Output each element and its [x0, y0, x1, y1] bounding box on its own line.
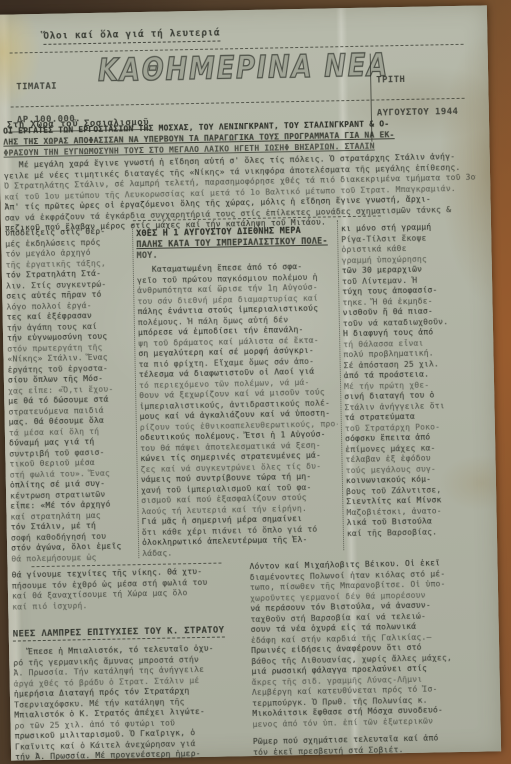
columns-section: ὑποδείξεις στίς θερ-μές ἐκδηλώσεις πρόςτ…	[5, 218, 483, 565]
bottom-left: θά γίνουμε τεχνίτες τῆς νίκης. Θά χτυ-πή…	[11, 562, 251, 763]
masthead-slogan: Ὅλοι καί ὅλα γιά τή λευτεριά	[43, 27, 220, 44]
newspaper-page: Ὅλοι καί ὅλα γιά τή λευτεριά ΤΙΜΑΤΑΙ ΔΡ.…	[0, 5, 501, 760]
bottom-right: Λόντον καί Μιχαήλοβιτς Βέικου. Οἱ ἐκεῖδι…	[249, 558, 487, 759]
column-middle: ΧΘΕΣ Η 1 ΑΥΓΟΥΣΤΟΥ ΔΙΕΘΝΗΣ ΜΕΡΑΠΑΛΗΣ ΚΑΤ…	[136, 220, 340, 562]
date-line1: ΤΡΙΤΗ	[376, 74, 458, 87]
bottom-right-article: Λόντον καί Μιχαήλοβιτς Βέικου. Οἱ ἐκεῖδι…	[249, 558, 486, 730]
bottom-right-footer: Ρῶμερ πού σχημάτισε τελευταῖα καί ἀπότόν…	[253, 733, 487, 758]
red-army-headline: ΝΕΕΣ ΛΑΜΠΡΕΣ ΕΠΙΤΥΧΙΕΣ ΤΟΥ Κ. ΣΤΡΑΤΟΥ	[13, 626, 225, 642]
text-line: ΜΟΥ.	[136, 247, 334, 262]
price-line1: ΤΙΜΑΤΑΙ	[16, 81, 80, 93]
masthead-title: ΚΑΘΗΜΕΡΙΝΑ ΝΕΑ	[98, 47, 390, 89]
column-left: ὑποδείξεις στίς θερ-μές ἐκδηλώσεις πρόςτ…	[5, 224, 135, 564]
bottom-section: θά γίνουμε τεχνίτες τῆς νίκης. Θά χτυ-πή…	[11, 558, 487, 764]
middle-column-headline: ΧΘΕΣ Η 1 ΑΥΓΟΥΣΤΟΥ ΔΙΕΘΝΗΣ ΜΕΡΑΠΑΛΗΣ ΚΑΤ…	[136, 225, 335, 262]
bottom-left-article: Ἔπεσε ἡ Μπιαλιστόκ, τό τελευταῖο ὀχυ-ρό …	[13, 643, 251, 763]
photo-background: Ὅλοι καί ὅλα γιά τή λευτεριά ΤΙΜΑΤΑΙ ΔΡ.…	[0, 0, 511, 764]
bottom-left-closing: θά γίνουμε τεχνίτες τῆς νίκης. Θά χτυ-πή…	[12, 566, 249, 613]
column-right: κι μόνο στή γραμμήΡίγα-Τίλσιτ ἔκοψεὁριστ…	[341, 218, 481, 559]
middle-column-body: Καταματωμένη ἔπεσε ἀπό τό σφα-γεῖο τοῦ π…	[137, 261, 341, 559]
text-line: καί τῆς Βαρσοβίας.	[347, 526, 481, 539]
page-content: Ὅλοι καί ὅλα γιά τή λευτεριά ΤΙΜΑΤΑΙ ΔΡ.…	[0, 5, 501, 760]
text-line: θά πολεμήσουμε ὡς	[11, 552, 135, 565]
